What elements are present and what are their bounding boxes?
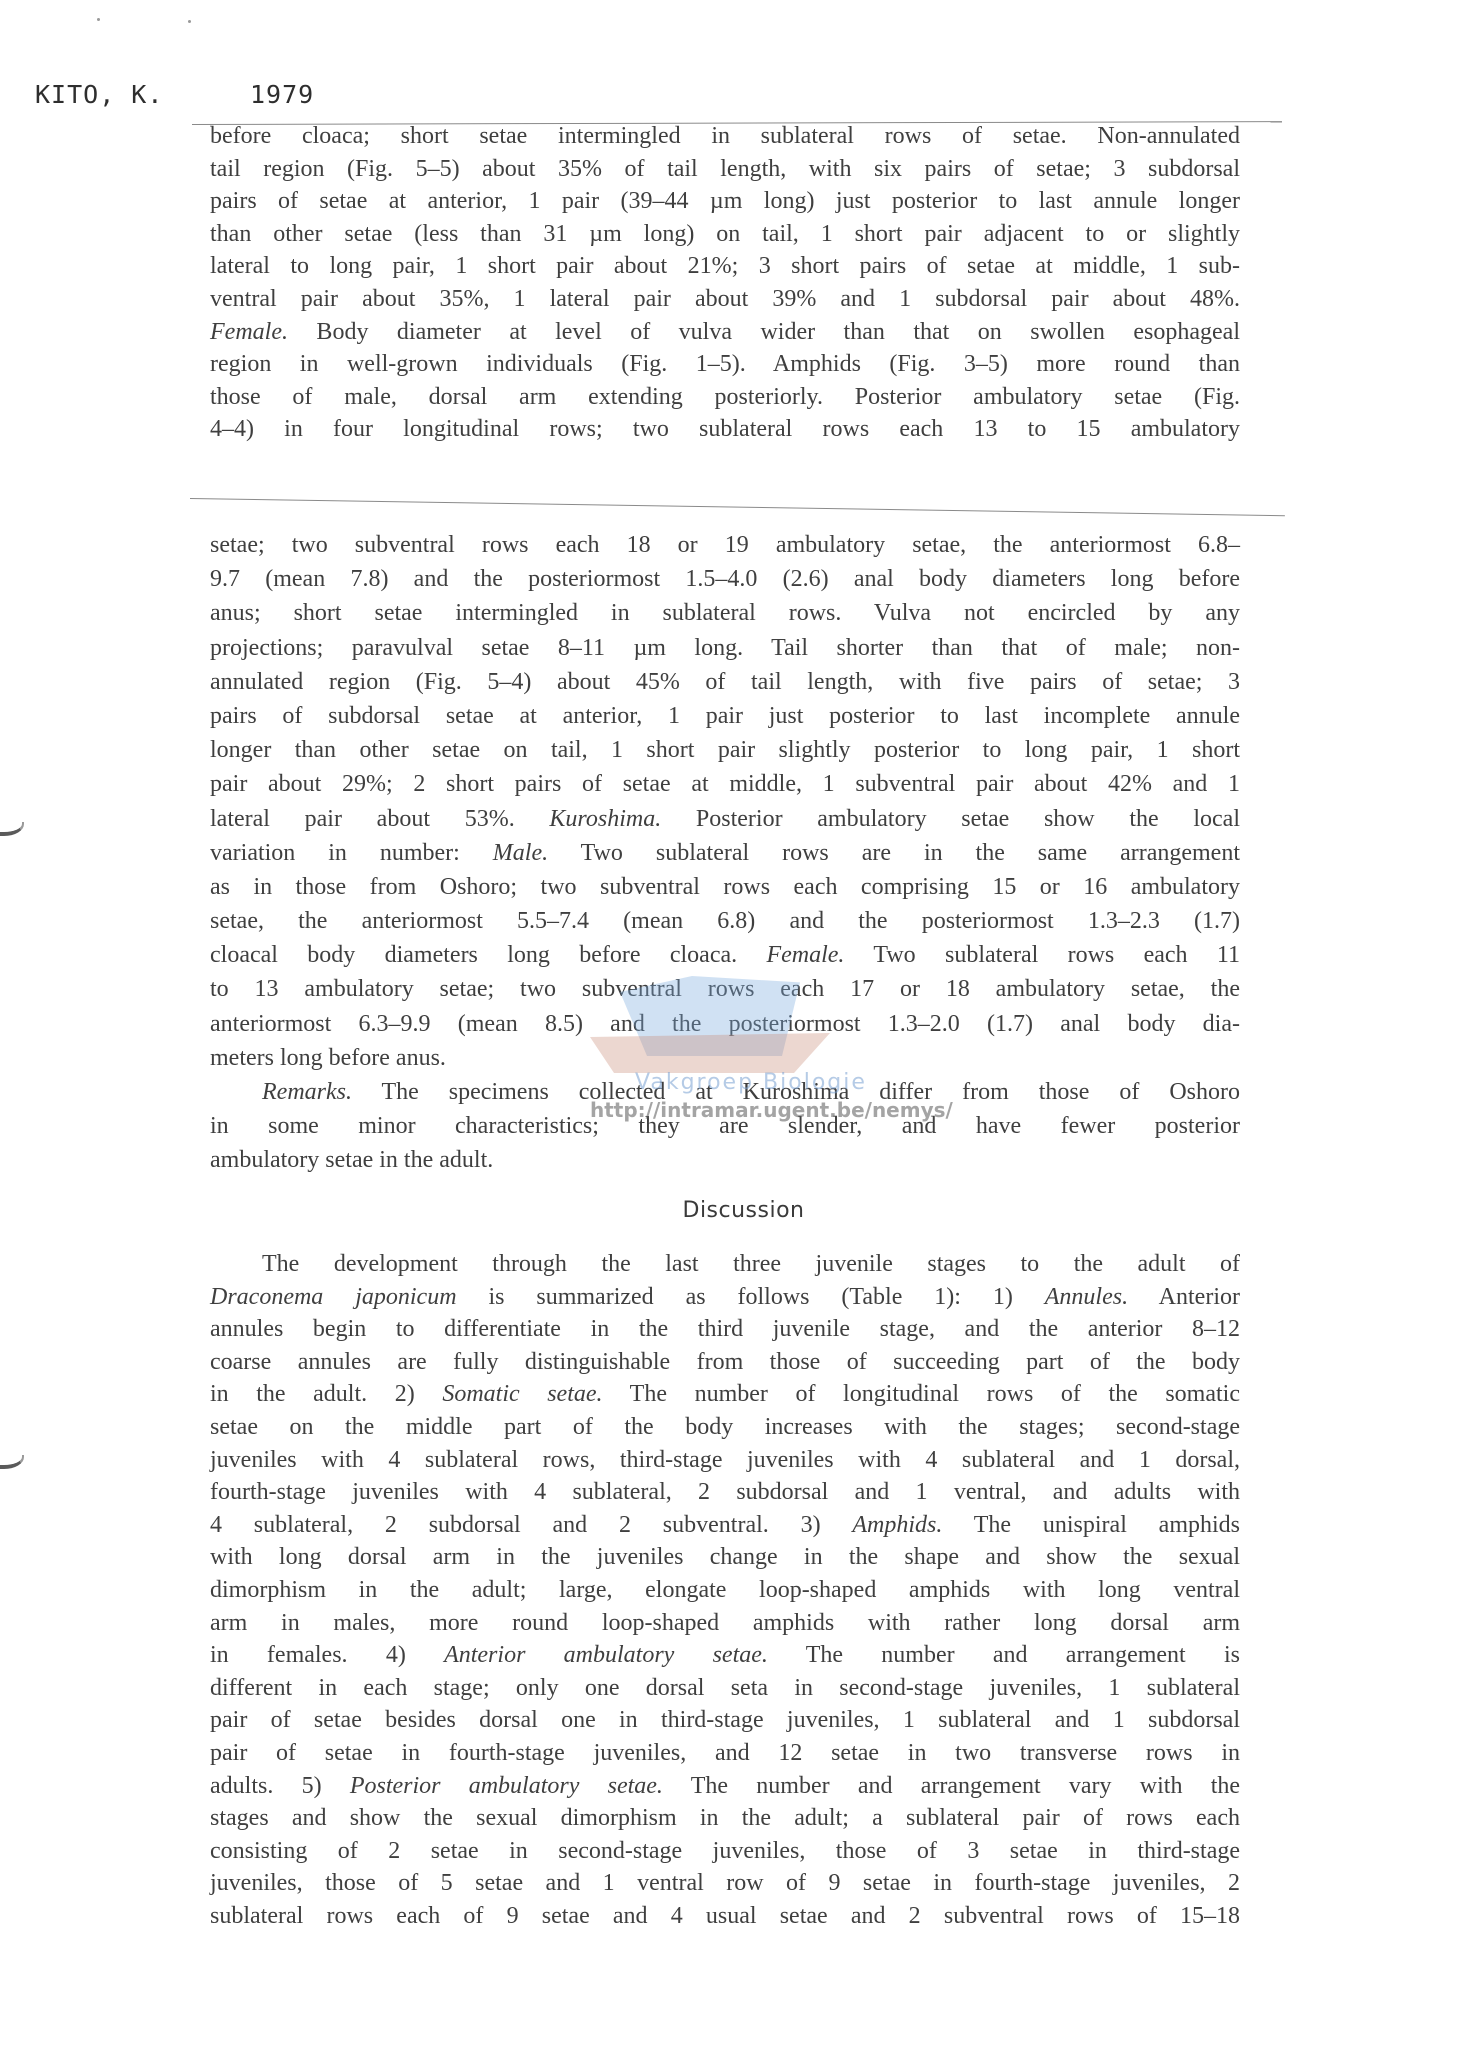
- text-line: adults. 5) Posterior ambulatory setae. T…: [210, 1770, 1240, 1803]
- text-line: with long dorsal arm in the juveniles ch…: [210, 1541, 1240, 1574]
- text-line: anteriormost 6.3–9.9 (mean 8.5) and the …: [210, 1007, 1240, 1041]
- text-line: than other setae (less than 31 µm long) …: [210, 218, 1240, 251]
- running-header: KITO, K. 1979: [35, 80, 163, 109]
- text-line: juveniles, those of 5 setae and 1 ventra…: [210, 1867, 1240, 1900]
- text-line: different in each stage; only one dorsal…: [210, 1672, 1240, 1705]
- edge-binding-mark: [0, 1455, 24, 1469]
- text-line: consisting of 2 setae in second-stage ju…: [210, 1835, 1240, 1868]
- text-line: ventral pair about 35%, 1 lateral pair a…: [210, 283, 1240, 316]
- text-line: in the adult. 2) Somatic setae. The numb…: [210, 1378, 1240, 1411]
- author-name: KITO, K.: [35, 80, 163, 109]
- page-fragment-divider: [190, 498, 1285, 516]
- text-line: tail region (Fig. 5–5) about 35% of tail…: [210, 153, 1240, 186]
- text-line: pairs of subdorsal setae at anterior, 1 …: [210, 699, 1240, 733]
- section-heading-discussion: Discussion: [0, 1198, 1467, 1223]
- text-line: coarse annules are fully distinguishable…: [210, 1346, 1240, 1379]
- text-line: pair of setae besides dorsal one in thir…: [210, 1704, 1240, 1737]
- text-line: pair about 29%; 2 short pairs of setae a…: [210, 767, 1240, 801]
- text-line: longer than other setae on tail, 1 short…: [210, 733, 1240, 767]
- text-line: before cloaca; short setae intermingled …: [210, 120, 1240, 153]
- text-block-middle: setae; two subventral rows each 18 or 19…: [210, 528, 1240, 1178]
- scan-speck: [97, 18, 100, 21]
- text-line: 9.7 (mean 7.8) and the posteriormost 1.5…: [210, 562, 1240, 596]
- text-line: projections; paravulval setae 8–11 µm lo…: [210, 631, 1240, 665]
- text-line: fourth-stage juveniles with 4 sublateral…: [210, 1476, 1240, 1509]
- text-line: ambulatory setae in the adult.: [210, 1143, 1240, 1177]
- text-line: cloacal body diameters long before cloac…: [210, 938, 1240, 972]
- publication-year: 1979: [250, 80, 314, 109]
- text-line: meters long before anus.: [210, 1041, 1240, 1075]
- text-line: variation in number: Male. Two sublatera…: [210, 836, 1240, 870]
- text-line: pairs of setae at anterior, 1 pair (39–4…: [210, 185, 1240, 218]
- text-line: annulated region (Fig. 5–4) about 45% of…: [210, 665, 1240, 699]
- discussion-paragraph: The development through the last three j…: [210, 1248, 1240, 1932]
- text-line: The development through the last three j…: [210, 1248, 1240, 1281]
- text-line: 4–4) in four longitudinal rows; two subl…: [210, 413, 1240, 446]
- text-line: pair of setae in fourth-stage juveniles,…: [210, 1737, 1240, 1770]
- text-line: setae on the middle part of the body inc…: [210, 1411, 1240, 1444]
- edge-binding-mark: [0, 822, 24, 836]
- text-line: 4 sublateral, 2 subdorsal and 2 subventr…: [210, 1509, 1240, 1542]
- text-line: juveniles with 4 sublateral rows, third-…: [210, 1444, 1240, 1477]
- text-line: dimorphism in the adult; large, elongate…: [210, 1574, 1240, 1607]
- text-line: in females. 4) Anterior ambulatory setae…: [210, 1639, 1240, 1672]
- text-line: those of male, dorsal arm extending post…: [210, 381, 1240, 414]
- text-line: as in those from Oshoro; two subventral …: [210, 870, 1240, 904]
- text-line: lateral to long pair, 1 short pair about…: [210, 250, 1240, 283]
- text-line: to 13 ambulatory setae; two subventral r…: [210, 972, 1240, 1006]
- scan-speck: [188, 20, 191, 23]
- text-line: sublateral rows each of 9 setae and 4 us…: [210, 1900, 1240, 1933]
- text-line: lateral pair about 53%. Kuroshima. Poste…: [210, 802, 1240, 836]
- text-line: Draconema japonicum is summarized as fol…: [210, 1281, 1240, 1314]
- text-line: anus; short setae intermingled in sublat…: [210, 596, 1240, 630]
- text-line: arm in males, more round loop-shaped amp…: [210, 1607, 1240, 1640]
- text-line: in some minor characteristics; they are …: [210, 1109, 1240, 1143]
- text-line: Female. Body diameter at level of vulva …: [210, 316, 1240, 349]
- text-line: annules begin to differentiate in the th…: [210, 1313, 1240, 1346]
- text-line: stages and show the sexual dimorphism in…: [210, 1802, 1240, 1835]
- text-block-upper: before cloaca; short setae intermingled …: [210, 120, 1240, 446]
- text-line: Remarks. The specimens collected at Kuro…: [210, 1075, 1240, 1109]
- text-line: setae; two subventral rows each 18 or 19…: [210, 528, 1240, 562]
- text-line: setae, the anteriormost 5.5–7.4 (mean 6.…: [210, 904, 1240, 938]
- text-line: region in well-grown individuals (Fig. 1…: [210, 348, 1240, 381]
